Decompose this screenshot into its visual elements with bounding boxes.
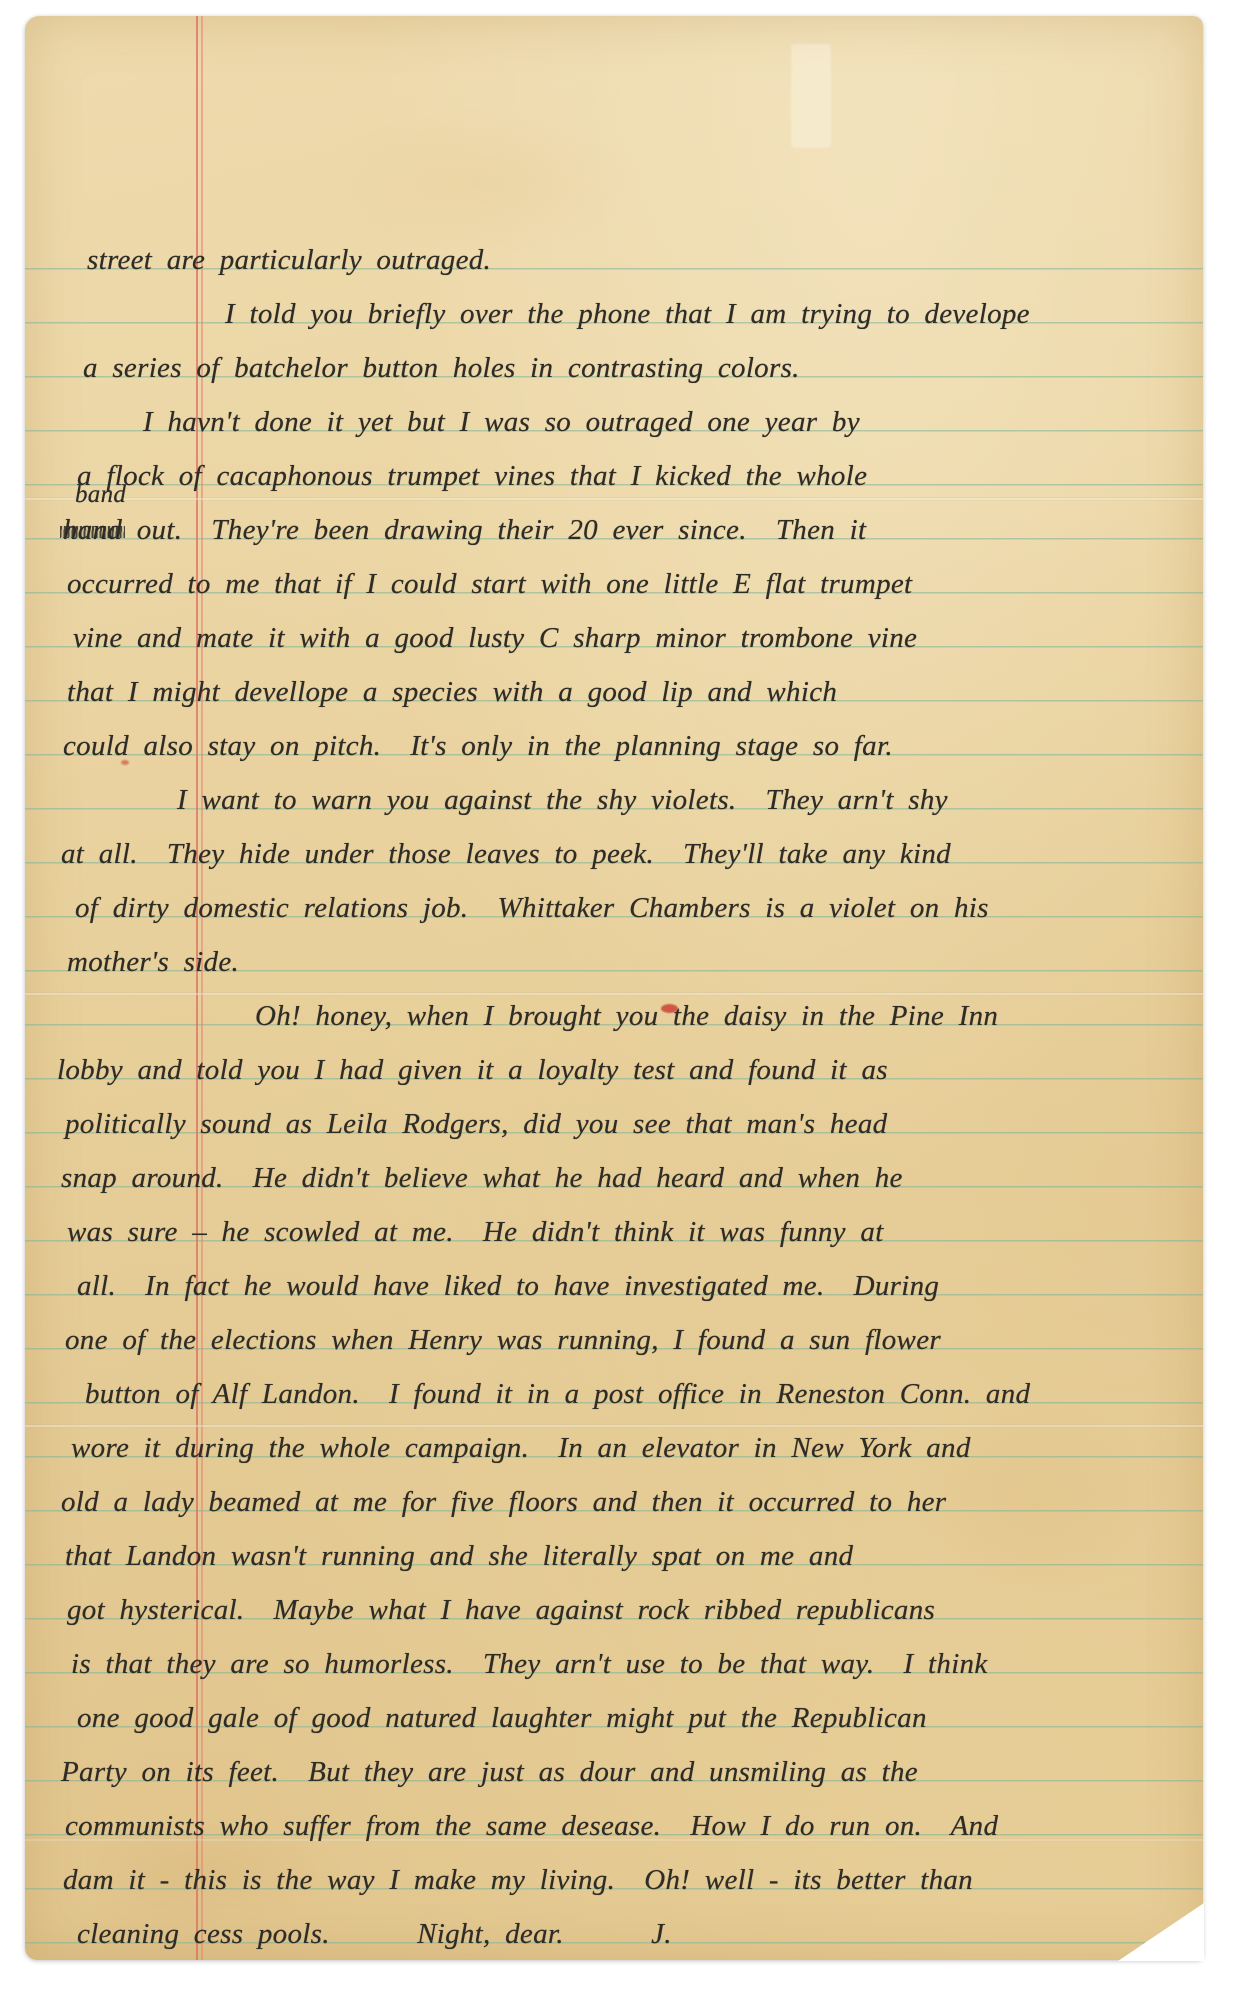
handwriting-line: occurred to me that if I could start wit… [25, 557, 1197, 611]
handwriting-line: a flock of cacaphonous trumpet vines tha… [25, 449, 1197, 503]
handwriting-line: Party on its feet. But they are just as … [25, 1745, 1197, 1799]
handwriting-line: button of Alf Landon. I found it in a po… [25, 1367, 1197, 1421]
handwriting-line: cleaning cess pools. Night, dear. J. [25, 1907, 1197, 1961]
corrected-word: bandhand [63, 503, 122, 557]
handwriting-line: dam it - this is the way I make my livin… [25, 1853, 1197, 1907]
handwriting-line: I want to warn you against the shy viole… [25, 773, 1197, 827]
handwriting-line: could also stay on pitch. It's only in t… [25, 719, 1197, 773]
handwriting-line: politically sound as Leila Rodgers, did … [25, 1097, 1197, 1151]
handwriting-line: was sure – he scowled at me. He didn't t… [25, 1205, 1197, 1259]
handwriting-line: snap around. He didn't believe what he h… [25, 1151, 1197, 1205]
handwriting-line: a series of batchelor button holes in co… [25, 341, 1197, 395]
handwriting-line: wore it during the whole campaign. In an… [25, 1421, 1197, 1475]
handwriting-line: street are particularly outraged. [25, 233, 1197, 287]
handwriting-line: lobby and told you I had given it a loya… [25, 1043, 1197, 1097]
handwriting-line: that Landon wasn't running and she liter… [25, 1529, 1197, 1583]
handwriting-line: I told you briefly over the phone that I… [25, 287, 1197, 341]
handwriting-line: of dirty domestic relations job. Whittak… [25, 881, 1197, 935]
handwriting-line: bandhand out. They're been drawing their… [25, 503, 1197, 557]
letter-page: street are particularly outraged.I told … [25, 16, 1203, 1960]
handwriting-line: old a lady beamed at me for five floors … [25, 1475, 1197, 1529]
handwriting-line: that I might devellope a species with a … [25, 665, 1197, 719]
handwriting-line: is that they are so humorless. They arn'… [25, 1637, 1197, 1691]
handwriting-line: I havn't done it yet but I was so outrag… [25, 395, 1197, 449]
handwriting-line: communists who suffer from the same dese… [25, 1799, 1197, 1853]
tape-mark [791, 44, 831, 148]
handwriting-line: one good gale of good natured laughter m… [25, 1691, 1197, 1745]
handwriting-line: mother's side. [25, 935, 1197, 989]
inserted-word: band [75, 482, 126, 507]
handwriting-line: at all. They hide under those leaves to … [25, 827, 1197, 881]
handwriting-line: got hysterical. Maybe what I have agains… [25, 1583, 1197, 1637]
handwriting-line: vine and mate it with a good lusty C sha… [25, 611, 1197, 665]
handwriting-line: one of the elections when Henry was runn… [25, 1313, 1197, 1367]
letter-text: street are particularly outraged.I told … [25, 233, 1197, 1961]
handwriting-line: Oh! honey, when I brought you the daisy … [25, 989, 1197, 1043]
scan-background: street are particularly outraged.I told … [0, 0, 1233, 2000]
struck-word: hand [63, 514, 122, 546]
handwriting-line: all. In fact he would have liked to have… [25, 1259, 1197, 1313]
